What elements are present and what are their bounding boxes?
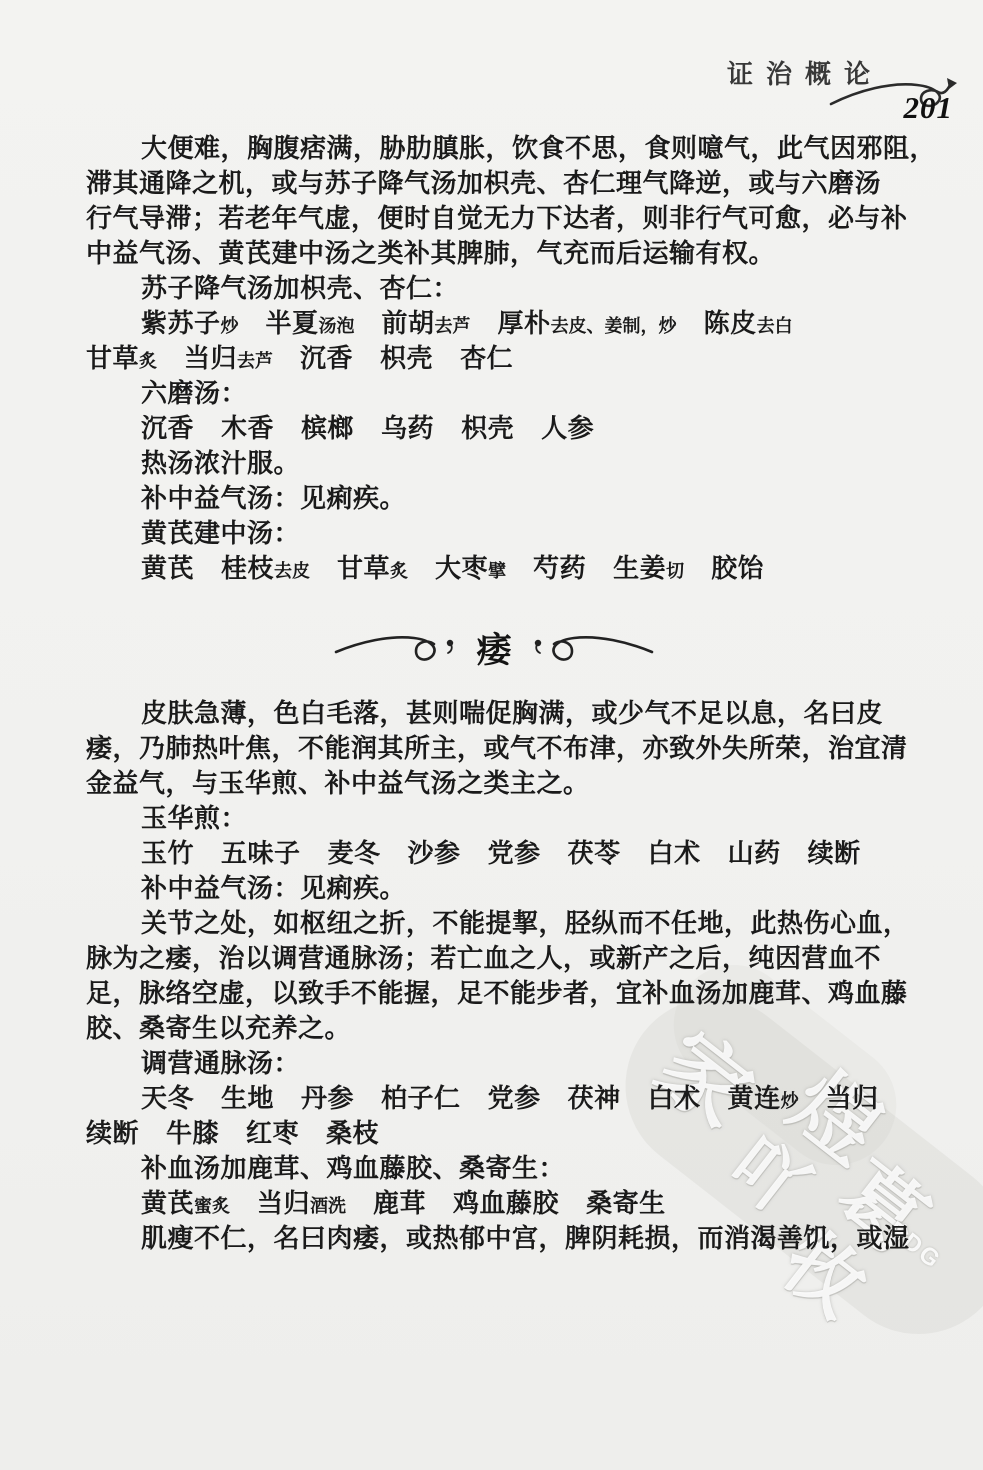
text-line: 关节之处，如枢纽之折，不能提挈，胫纵而不任地，此热伤心血， xyxy=(86,906,902,941)
text-run: 六磨汤： xyxy=(141,379,247,408)
text-line: 玉竹五味子麦冬沙参党参茯苓白术山药续断 xyxy=(86,836,902,871)
text-line: 天冬生地丹参柏子仁党参茯神白术黄连炒当归 xyxy=(86,1081,902,1116)
text-run: 苏子降气汤加枳壳、杏仁： xyxy=(141,274,459,303)
preparation-note: 汤泡 xyxy=(319,316,355,336)
text-run: 桑寄生 xyxy=(586,1189,666,1218)
text-run: 黄芪 xyxy=(141,1189,194,1218)
text-line: 六磨汤： xyxy=(86,376,902,411)
text-line: 滞其通降之机，或与苏子降气汤加枳壳、杏仁理气降逆，或与六磨汤 xyxy=(86,166,902,201)
text-run: 补中益气汤：见痢疾。 xyxy=(141,484,406,513)
text-run: 茯神 xyxy=(568,1084,621,1113)
text-line: 调营通脉汤： xyxy=(86,1046,902,1081)
text-run: 足，脉络空虚，以致手不能握，足不能步者，宜补血汤加鹿茸、鸡血藤 xyxy=(86,979,908,1008)
text-run: 乌药 xyxy=(381,414,434,443)
text-run: 玉华煎： xyxy=(141,804,247,833)
text-run: 枳壳 xyxy=(380,344,433,373)
text-line: 续断牛膝红枣桑枝 xyxy=(86,1116,902,1151)
text-line: 胶、桑寄生以充养之。 xyxy=(86,1011,902,1046)
text-run: 生地 xyxy=(221,1084,274,1113)
text-line: 肌瘦不仁，名曰肉痿，或热郁中宫，脾阴耗损，而消渴善饥，或湿 xyxy=(86,1221,902,1256)
heading-flourish-right xyxy=(526,629,654,667)
text-run: 芍药 xyxy=(533,554,586,583)
text-run: 杏仁 xyxy=(460,344,513,373)
text-line: 热汤浓汁服。 xyxy=(86,446,902,481)
preparation-note: 擘 xyxy=(488,561,506,581)
text-run: 天冬 xyxy=(141,1084,194,1113)
preparation-note: 切 xyxy=(666,561,684,581)
text-run: 五味子 xyxy=(221,839,301,868)
text-run: 续断 xyxy=(808,839,861,868)
text-run: 鹿茸 xyxy=(373,1189,426,1218)
text-line: 黄芪蜜炙当归酒洗鹿茸鸡血藤胶桑寄生 xyxy=(86,1186,902,1221)
section-heading-row: 痿 xyxy=(86,614,902,682)
text-line: 脉为之痿，治以调营通脉汤；若亡血之人，或新产之后，纯因营血不 xyxy=(86,941,902,976)
text-run: 当归 xyxy=(184,344,237,373)
text-run: 肌瘦不仁，名曰肉痿，或热郁中宫，脾阴耗损，而消渴善饥，或湿 xyxy=(141,1224,910,1253)
text-line: 金益气，与玉华煎、补中益气汤之类主之。 xyxy=(86,766,902,801)
text-line: 足，脉络空虚，以致手不能握，足不能步者，宜补血汤加鹿茸、鸡血藤 xyxy=(86,976,902,1011)
text-run: 半夏 xyxy=(266,309,319,338)
text-run: 胶、桑寄生以充养之。 xyxy=(86,1014,351,1043)
text-run: 厚朴 xyxy=(498,309,551,338)
preparation-note: 炙 xyxy=(139,351,157,371)
text-line: 黄芪建中汤： xyxy=(86,516,902,551)
text-run: 当归 xyxy=(257,1189,310,1218)
preparation-note: 炒 xyxy=(221,316,239,336)
text-run: 甘草 xyxy=(337,554,390,583)
section-heading: 痿 xyxy=(476,623,511,673)
text-run: 鸡血藤胶 xyxy=(453,1189,559,1218)
text-run: 热汤浓汁服。 xyxy=(141,449,300,478)
text-run: 牛膝 xyxy=(166,1119,219,1148)
text-run: 山药 xyxy=(728,839,781,868)
text-line: 行气导滞；若老年气虚，便时自觉无力下达者，则非行气可愈，必与补 xyxy=(86,201,902,236)
text-run: 行气导滞；若老年气虚，便时自觉无力下达者，则非行气可愈，必与补 xyxy=(86,204,908,233)
text-line: 补中益气汤：见痢疾。 xyxy=(86,871,902,906)
text-block-wei-syndrome: 皮肤急薄，色白毛落，甚则喘促胸满，或少气不足以息，名曰皮痿，乃肺热叶焦，不能润其… xyxy=(86,696,902,1256)
text-line: 痿，乃肺热叶焦，不能润其所主，或气不布津，亦致外失所荣，治宜清 xyxy=(86,731,902,766)
text-run: 脉为之痿，治以调营通脉汤；若亡血之人，或新产之后，纯因营血不 xyxy=(86,944,881,973)
text-run: 紫苏子 xyxy=(141,309,221,338)
text-line: 黄芪桂枝去皮甘草炙大枣擘芍药生姜切胶饴 xyxy=(86,551,902,586)
text-run: 党参 xyxy=(488,839,541,868)
text-run: 柏子仁 xyxy=(381,1084,461,1113)
text-run: 胶饴 xyxy=(711,554,764,583)
text-run: 滞其通降之机，或与苏子降气汤加枳壳、杏仁理气降逆，或与六磨汤 xyxy=(86,169,881,198)
text-line: 皮肤急薄，色白毛落，甚则喘促胸满，或少气不足以息，名曰皮 xyxy=(86,696,902,731)
preparation-note: 蜜炙 xyxy=(194,1196,230,1216)
text-run: 陈皮 xyxy=(704,309,757,338)
text-run: 茯苓 xyxy=(568,839,621,868)
text-run: 续断 xyxy=(86,1119,139,1148)
text-line: 补血汤加鹿茸、鸡血藤胶、桑寄生： xyxy=(86,1151,902,1186)
text-run: 当归 xyxy=(826,1084,879,1113)
text-run: 调营通脉汤： xyxy=(141,1049,300,1078)
text-run: 丹参 xyxy=(301,1084,354,1113)
text-run: 黄芪建中汤： xyxy=(141,519,300,548)
preparation-note: 去芦 xyxy=(237,351,273,371)
text-run: 中益气汤、黄芪建中汤之类补其脾肺，气充而后运输有权。 xyxy=(86,239,775,268)
text-run: 金益气，与玉华煎、补中益气汤之类主之。 xyxy=(86,769,590,798)
preparation-note: 酒洗 xyxy=(310,1196,346,1216)
text-run: 木香 xyxy=(221,414,274,443)
preparation-note: 去白 xyxy=(757,316,793,336)
text-run: 枳壳 xyxy=(461,414,514,443)
text-line: 玉华煎： xyxy=(86,801,902,836)
text-line: 苏子降气汤加枳壳、杏仁： xyxy=(86,271,902,306)
text-run: 沙参 xyxy=(408,839,461,868)
preparation-note: 炒 xyxy=(781,1091,799,1111)
preparation-note: 炙 xyxy=(390,561,408,581)
text-run: 痿，乃肺热叶焦，不能润其所主，或气不布津，亦致外失所荣，治宜清 xyxy=(86,734,908,763)
text-run: 大便难，胸腹痞满，胁肋䐜胀，饮食不思，食则噫气，此气因邪阻， xyxy=(141,134,936,163)
text-run: 红枣 xyxy=(246,1119,299,1148)
text-line: 大便难，胸腹痞满，胁肋䐜胀，饮食不思，食则噫气，此气因邪阻， xyxy=(86,131,902,166)
text-run: 前胡 xyxy=(382,309,435,338)
text-run: 沉香 xyxy=(300,344,353,373)
text-run: 玉竹 xyxy=(141,839,194,868)
text-line: 补中益气汤：见痢疾。 xyxy=(86,481,902,516)
text-run: 桂枝 xyxy=(221,554,274,583)
preparation-note: 去皮 xyxy=(274,561,310,581)
text-run: 人参 xyxy=(541,414,594,443)
text-run: 麦冬 xyxy=(328,839,381,868)
text-run: 槟榔 xyxy=(301,414,354,443)
text-run: 关节之处，如枢纽之折，不能提挈，胫纵而不任地，此热伤心血， xyxy=(141,909,910,938)
text-run: 补中益气汤：见痢疾。 xyxy=(141,874,406,903)
text-line: 沉香木香槟榔乌药枳壳人参 xyxy=(86,411,902,446)
text-run: 大枣 xyxy=(435,554,488,583)
text-run: 黄芪 xyxy=(141,554,194,583)
text-run: 桑枝 xyxy=(326,1119,379,1148)
text-block-qi-stagnation: 大便难，胸腹痞满，胁肋䐜胀，饮食不思，食则噫气，此气因邪阻，滞其通降之机，或与苏… xyxy=(86,131,902,586)
text-run: 黄连 xyxy=(728,1084,781,1113)
text-run: 党参 xyxy=(488,1084,541,1113)
text-line: 中益气汤、黄芪建中汤之类补其脾肺，气充而后运输有权。 xyxy=(86,236,902,271)
text-line: 甘草炙当归去芦沉香枳壳杏仁 xyxy=(86,341,902,376)
scanned-book-page: 家 煜 吖 葛 牧 PDG 证治概论 201 大便难，胸腹痞满，胁肋䐜胀，饮食不… xyxy=(0,0,983,1470)
heading-flourish-left xyxy=(334,629,462,667)
text-run: 甘草 xyxy=(86,344,139,373)
text-run: 白术 xyxy=(648,839,701,868)
page-number: 201 xyxy=(904,90,954,126)
preparation-note: 去皮、姜制，炒 xyxy=(551,316,677,336)
preparation-note: 去芦 xyxy=(435,316,471,336)
text-run: 沉香 xyxy=(141,414,194,443)
text-run: 白术 xyxy=(648,1084,701,1113)
text-run: 皮肤急薄，色白毛落，甚则喘促胸满，或少气不足以息，名曰皮 xyxy=(141,699,883,728)
text-line: 紫苏子炒半夏汤泡前胡去芦厚朴去皮、姜制，炒陈皮去白 xyxy=(86,306,902,341)
text-run: 生姜 xyxy=(613,554,666,583)
text-run: 补血汤加鹿茸、鸡血藤胶、桑寄生： xyxy=(141,1154,565,1183)
